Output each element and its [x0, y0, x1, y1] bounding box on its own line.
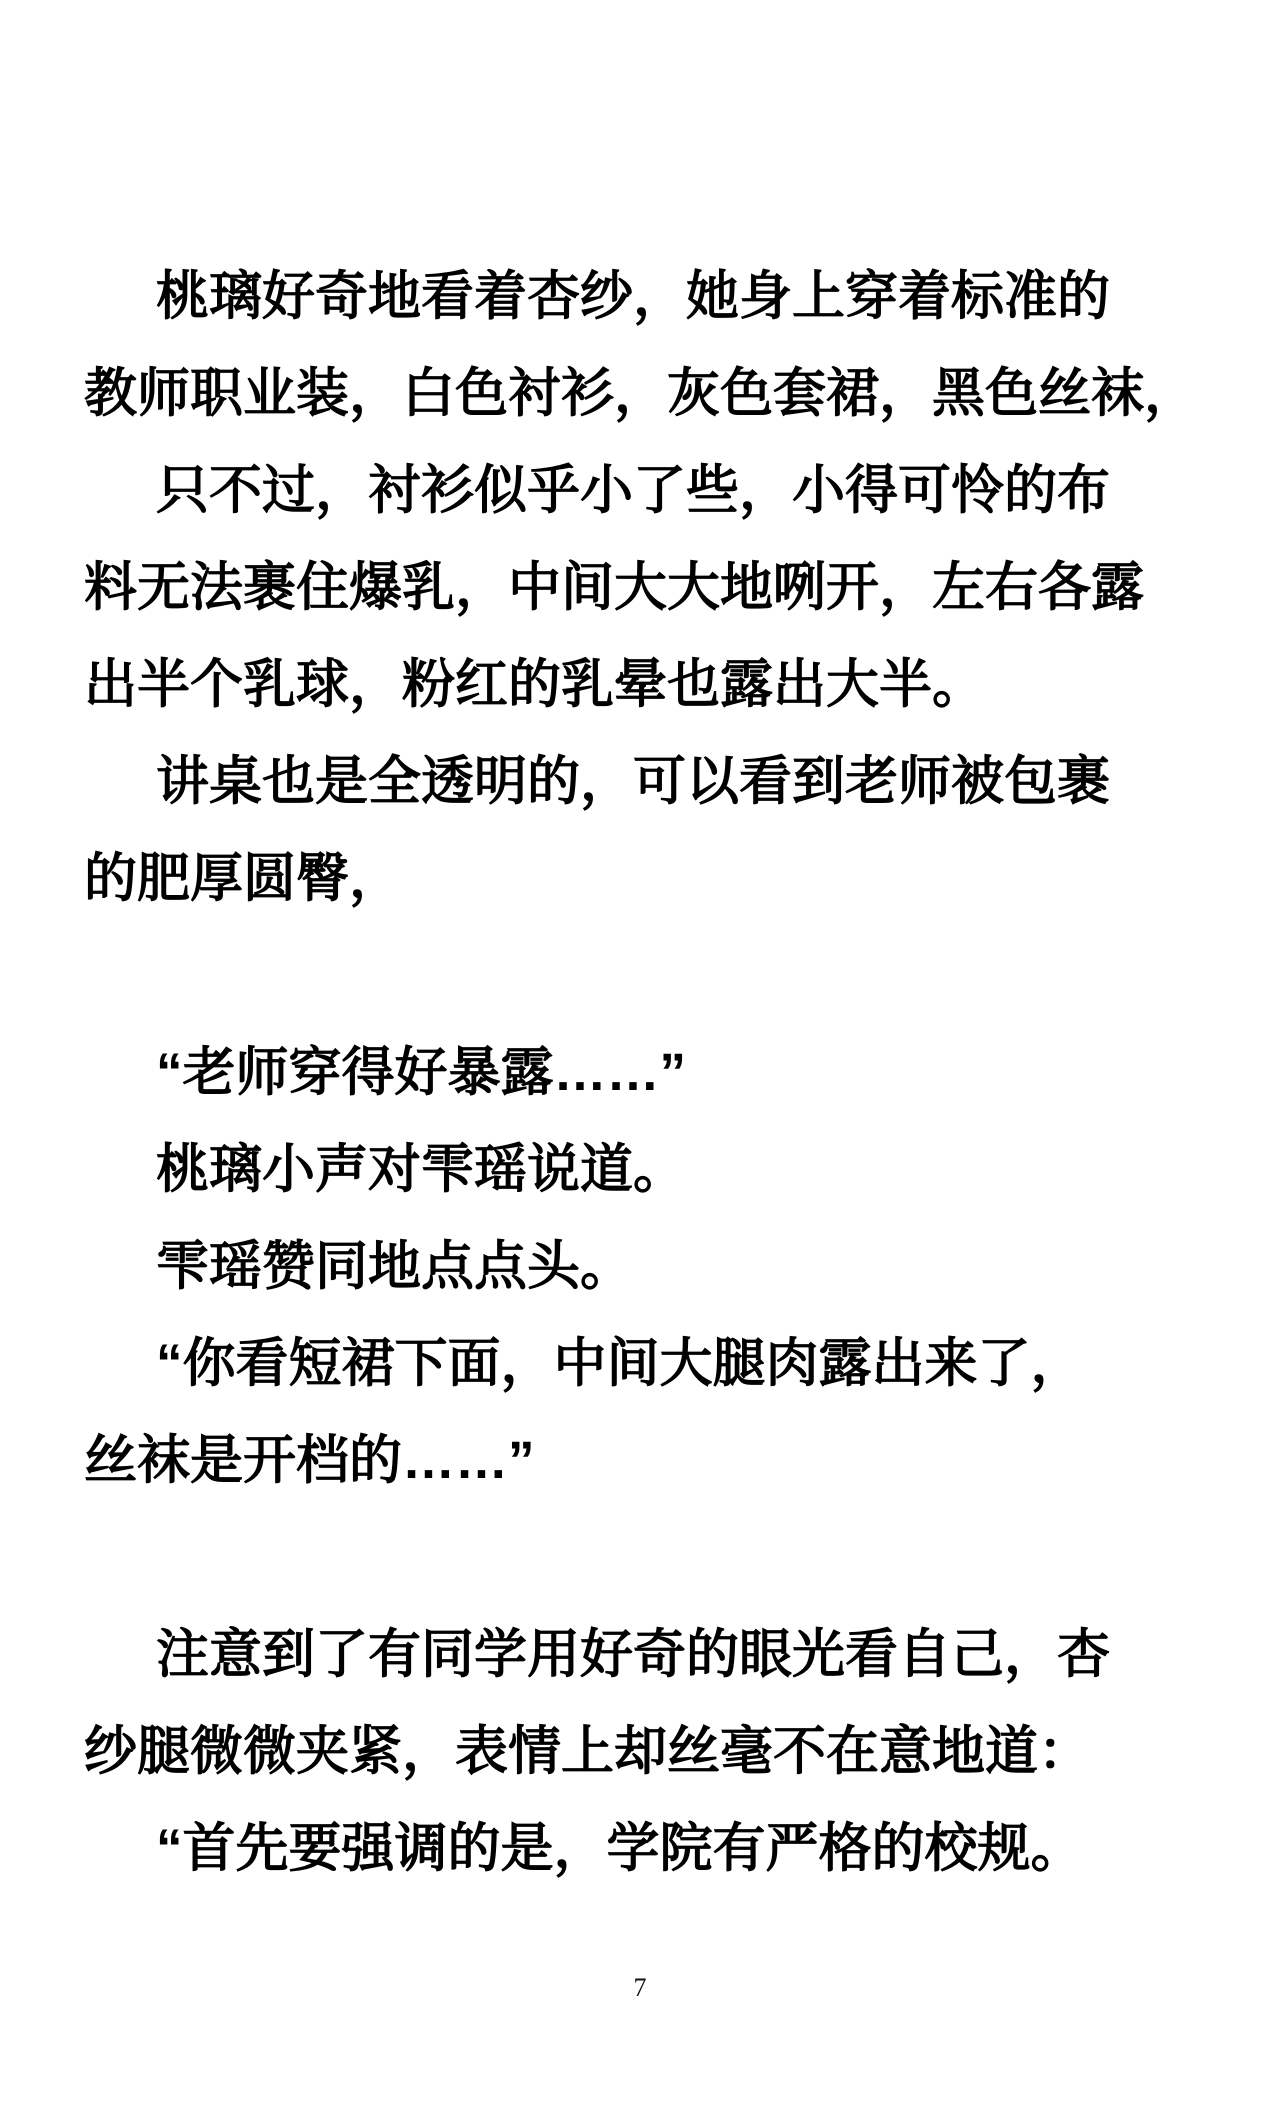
- text-block: 桃璃好奇地看着杏纱，她身上穿着标准的教师职业装，白色衬衫，灰色套裙，黑色丝袜，只…: [84, 248, 1196, 1897]
- text-line: 纱腿微微夹紧，表情上却丝毫不在意地道：: [84, 1703, 1196, 1800]
- text-line: 只不过，衬衫似乎小了些，小得可怜的布: [84, 442, 1196, 539]
- text-line: “你看短裙下面，中间大腿肉露出来了，: [84, 1315, 1196, 1412]
- page-number: 7: [0, 1972, 1280, 2004]
- text-line: 的肥厚圆臀，: [84, 830, 1196, 927]
- text-line: “老师穿得好暴露……”: [84, 1024, 1196, 1121]
- text-line: 桃璃小声对雫瑶说道。: [84, 1121, 1196, 1218]
- blank-line: [84, 1509, 1196, 1606]
- text-line: 料无法裹住爆乳，中间大大地咧开，左右各露: [84, 539, 1196, 636]
- text-line: “首先要强调的是，学院有严格的校规。: [84, 1800, 1196, 1897]
- book-page: 桃璃好奇地看着杏纱，她身上穿着标准的教师职业装，白色衬衫，灰色套裙，黑色丝袜，只…: [0, 0, 1280, 2108]
- text-line: 桃璃好奇地看着杏纱，她身上穿着标准的: [84, 248, 1196, 345]
- text-line: 教师职业装，白色衬衫，灰色套裙，黑色丝袜，: [84, 345, 1196, 442]
- text-line: 讲桌也是全透明的，可以看到老师被包裹: [84, 733, 1196, 830]
- text-line: 注意到了有同学用好奇的眼光看自己，杏: [84, 1606, 1196, 1703]
- text-line: 出半个乳球，粉红的乳晕也露出大半。: [84, 636, 1196, 733]
- blank-line: [84, 927, 1196, 1024]
- text-line: 丝袜是开档的……”: [84, 1412, 1196, 1509]
- text-line: 雫瑶赞同地点点头。: [84, 1218, 1196, 1315]
